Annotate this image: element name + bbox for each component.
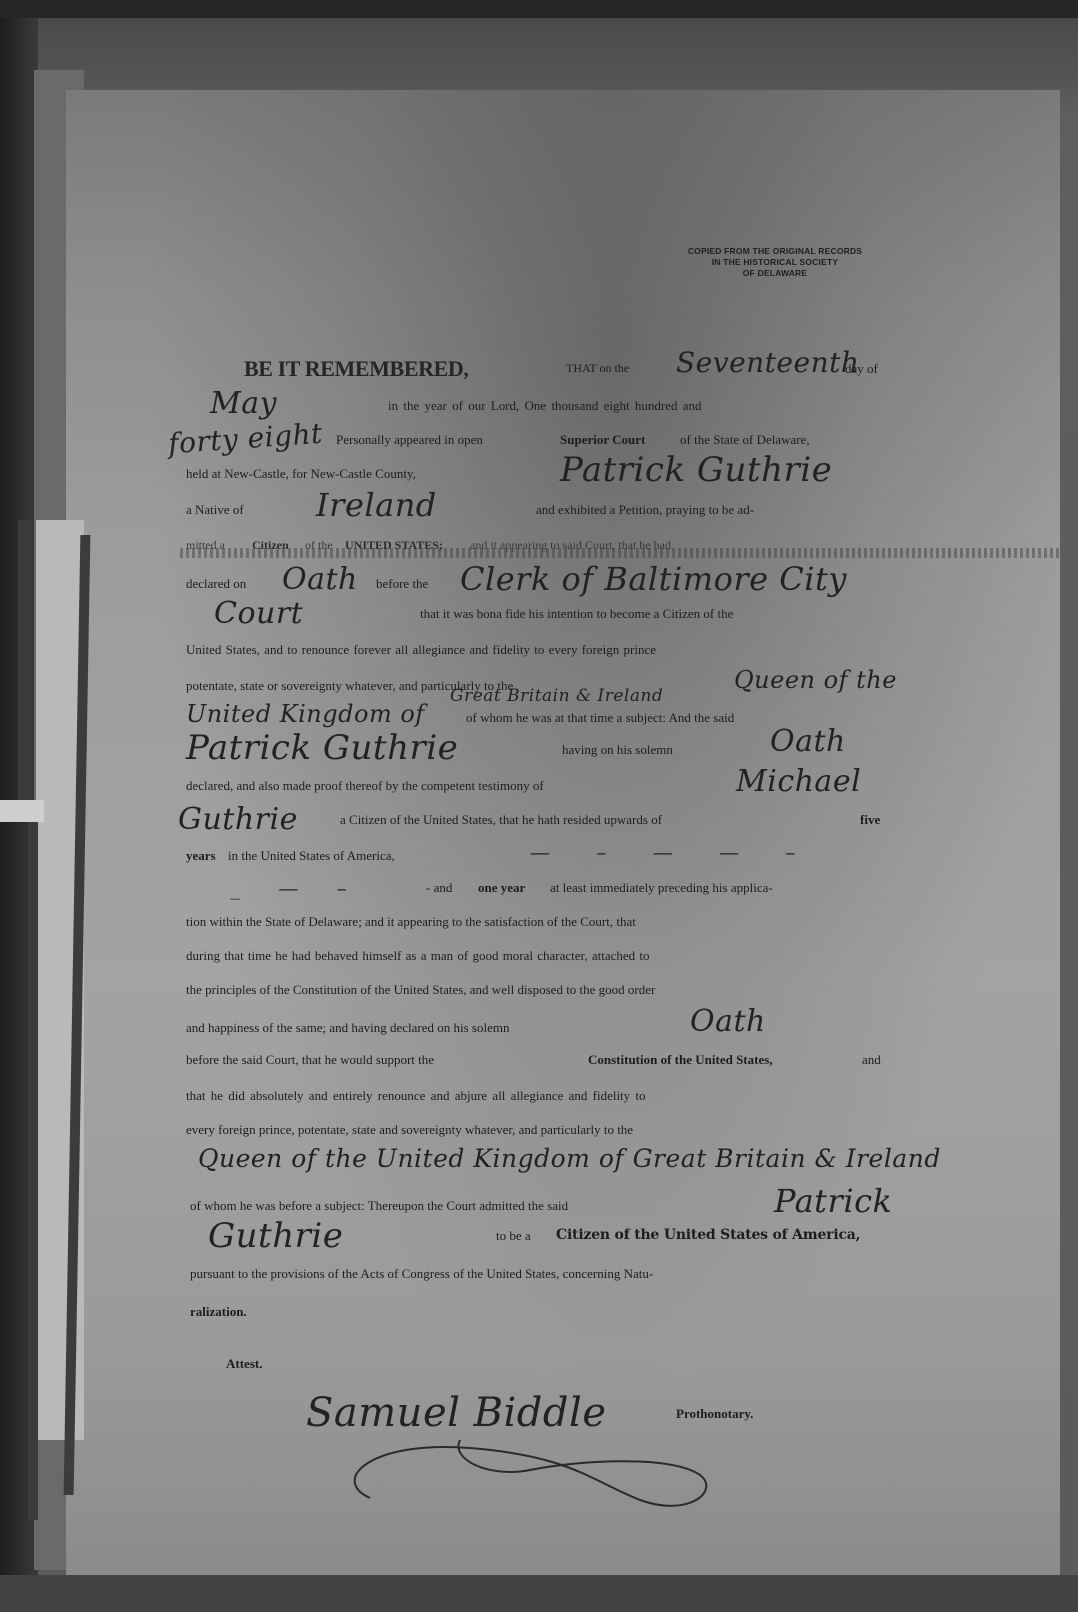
- text: a Citizen of the United States, that he …: [340, 812, 662, 828]
- top-bar: [0, 0, 1078, 18]
- text: United States, and to renounce forever a…: [186, 642, 656, 658]
- signature-line: Samuel Biddle Prothonotary.: [0, 1396, 1078, 1436]
- text: of the State of Delaware,: [680, 432, 810, 448]
- text: Constitution of the United States,: [588, 1052, 773, 1068]
- signature: Samuel Biddle: [306, 1390, 606, 1436]
- text: pursuant to the provisions of the Acts o…: [190, 1266, 653, 1282]
- text: Superior Court: [560, 432, 645, 448]
- line-23b: Queen of the United Kingdom of Great Bri…: [0, 1148, 1078, 1188]
- text: and exhibited a Petition, praying to be …: [536, 502, 754, 518]
- text: having on his solemn: [562, 742, 673, 758]
- stamp-line: COPIED FROM THE ORIGINAL RECORDS: [640, 246, 910, 257]
- text: of whom he was at that time a subject: A…: [466, 710, 734, 726]
- text: to be a: [496, 1228, 531, 1244]
- prothonotary-title: Prothonotary.: [676, 1406, 753, 1422]
- heading: BE IT REMEMBERED,: [244, 356, 468, 382]
- handwritten-oath-2: Oath: [770, 724, 846, 759]
- handwritten-oath-3: Oath: [690, 1004, 766, 1039]
- text: declared, and also made proof thereof by…: [186, 778, 544, 794]
- text: years: [186, 848, 216, 864]
- handwritten-sovereign: Queen of the: [734, 666, 897, 694]
- smear-line: [180, 548, 1060, 558]
- text: - and: [426, 880, 452, 896]
- text: that he did absolutely and entirely reno…: [186, 1088, 646, 1104]
- handwritten-name-again: Patrick Guthrie: [186, 728, 458, 768]
- line-1: BE IT REMEMBERED, THAT on the Seventeent…: [0, 356, 1078, 396]
- text: before the said Court, that he would sup…: [186, 1052, 434, 1068]
- text: ralization.: [190, 1304, 247, 1320]
- text: THAT on the: [566, 361, 629, 376]
- scan-bottom-band: [0, 1575, 1078, 1612]
- text: Citizen of the United States of America,: [556, 1227, 860, 1243]
- line-27: ralization.: [0, 1302, 1078, 1342]
- line-21: before the said Court, that he would sup…: [0, 1050, 1078, 1090]
- text: tion within the State of Delaware; and i…: [186, 914, 636, 930]
- text: at least immediately preceding his appli…: [550, 880, 773, 896]
- text: one year: [478, 880, 525, 896]
- line-5: a Native of Ireland and exhibited a Peti…: [0, 498, 1078, 538]
- line-26: pursuant to the provisions of the Acts o…: [0, 1264, 1078, 1304]
- handwritten-native-of: Ireland: [316, 486, 437, 524]
- text: Personally appeared in open: [336, 432, 483, 448]
- line-19: the principles of the Constitution of th…: [0, 980, 1078, 1020]
- text: before the: [376, 576, 428, 592]
- handwritten-oath: Oath: [282, 562, 358, 597]
- line-4: held at New-Castle, for New-Castle Count…: [0, 462, 1078, 502]
- handwritten-sovereign-2b: Great Britain & Ireland: [450, 686, 663, 706]
- text: declared on: [186, 576, 246, 592]
- handwritten-petitioner-name: Patrick Guthrie: [560, 450, 832, 490]
- text: of whom he was before a subject: Thereup…: [190, 1198, 568, 1214]
- handwritten-admitted-last: Guthrie: [208, 1216, 343, 1256]
- handwritten-witness-first: Michael: [736, 764, 861, 799]
- attest-label: Attest.: [226, 1356, 262, 1372]
- text: during that time he had behaved himself …: [186, 948, 650, 964]
- text: that it was bona fide his intention to b…: [420, 606, 733, 622]
- attest-line: Attest.: [0, 1354, 1078, 1394]
- text: every foreign prince, potentate, state a…: [186, 1122, 633, 1138]
- handwritten-sovereign-2: United Kingdom of: [186, 700, 425, 728]
- stamp-line: IN THE HISTORICAL SOCIETY: [640, 257, 910, 268]
- text: in the United States of America,: [228, 848, 395, 864]
- handwritten-witness-last: Guthrie: [178, 802, 298, 837]
- handwritten-court: Court: [214, 596, 303, 631]
- text: in the year of our Lord, One thousand ei…: [388, 398, 702, 414]
- line-12: Patrick Guthrie having on his solemn Oat…: [0, 738, 1078, 778]
- text: five: [860, 812, 880, 828]
- line-8: Court that it was bona fide his intentio…: [0, 604, 1078, 644]
- handwritten-sovereign-3: Queen of the United Kingdom of Great Bri…: [198, 1144, 941, 1173]
- handwritten-dashes: — – — — –: [530, 840, 815, 864]
- handwritten-month: May: [210, 386, 277, 421]
- signature-flourish-icon: [330, 1440, 750, 1520]
- handwritten-day: Seventeenth: [676, 346, 859, 379]
- handwritten-declared-before: Clerk of Baltimore City: [460, 560, 847, 598]
- handwritten-dashes-2: _ — –: [230, 876, 363, 900]
- text: and: [862, 1052, 881, 1068]
- text: day of: [845, 361, 878, 377]
- archive-stamp: COPIED FROM THE ORIGINAL RECORDS IN THE …: [640, 246, 910, 279]
- text: the principles of the Constitution of th…: [186, 982, 655, 998]
- handwritten-admitted-first: Patrick: [774, 1182, 892, 1220]
- text: held at New-Castle, for New-Castle Count…: [186, 466, 416, 482]
- line-25: Guthrie to be a Citizen of the United St…: [0, 1226, 1078, 1266]
- stamp-line: OF DELAWARE: [640, 268, 910, 279]
- text: and happiness of the same; and having de…: [186, 1020, 509, 1036]
- text: a Native of: [186, 502, 244, 518]
